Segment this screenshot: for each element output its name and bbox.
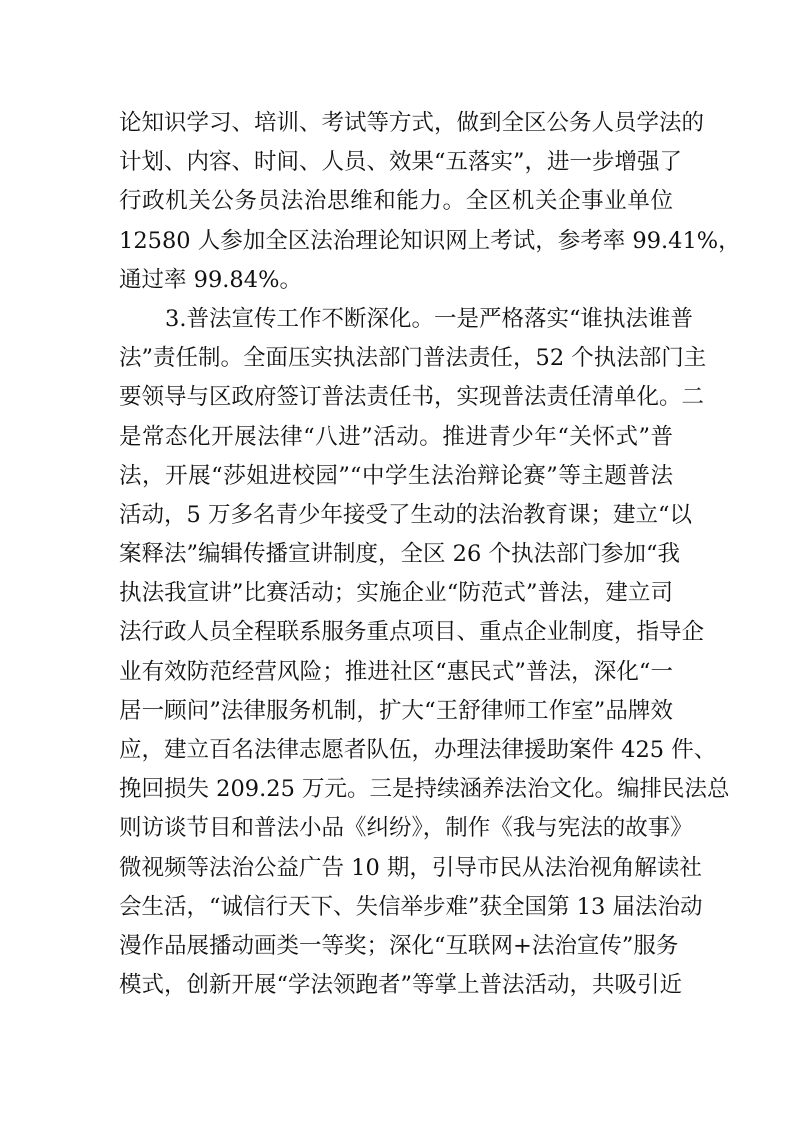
document-page: 论知识学习、培训、考试等方式，做到全区公务人员学法的 计划、内容、时间、人员、效… xyxy=(0,0,793,1122)
text-line: 活动，5 万多名青少年接受了生动的法治教育课；建立“以 xyxy=(119,496,673,535)
text-line: 案释法”编辑传播宣讲制度，全区 26 个执法部门参加“我 xyxy=(119,535,673,574)
text-line: 计划、内容、时间、人员、效果“五落实”，进一步增强了 xyxy=(119,143,673,182)
text-line: 通过率 99.84%。 xyxy=(119,261,673,300)
text-line: 会生活，“诚信行天下、失信举步难”获全国第 13 届法治动 xyxy=(119,888,673,927)
text-line: 行政机关公务员法治思维和能力。全区机关企事业单位 xyxy=(119,182,673,221)
text-line: 挽回损失 209.25 万元。三是持续涵养法治文化。编排民法总 xyxy=(119,770,673,809)
paragraph-section-3: 3.普法宣传工作不断深化。一是严格落实“谁执法谁普 法”责任制。全面压实执法部门… xyxy=(119,300,673,1005)
section-heading-line: 3.普法宣传工作不断深化。一是严格落实“谁执法谁普 xyxy=(119,300,673,339)
body-text: 论知识学习、培训、考试等方式，做到全区公务人员学法的 计划、内容、时间、人员、效… xyxy=(119,104,673,1005)
text-line: 12580 人参加全区法治理论知识网上考试，参考率 99.41%， xyxy=(119,222,673,261)
text-line: 微视频等法治公益广告 10 期，引导市民从法治视角解读社 xyxy=(119,849,673,888)
text-line: 要领导与区政府签订普法责任书，实现普法责任清单化。二 xyxy=(119,378,673,417)
text-line: 业有效防范经营风险；推进社区“惠民式”普法，深化“一 xyxy=(119,653,673,692)
paragraph-continuation: 论知识学习、培训、考试等方式，做到全区公务人员学法的 计划、内容、时间、人员、效… xyxy=(119,104,673,300)
text-line: 是常态化开展法律“八进”活动。推进青少年“关怀式”普 xyxy=(119,418,673,457)
text-line: 则访谈节目和普法小品《纠纷》，制作《我与宪法的故事》 xyxy=(119,809,673,848)
text-line: 执法我宣讲”比赛活动；实施企业“防范式”普法，建立司 xyxy=(119,574,673,613)
text-line: 法”责任制。全面压实执法部门普法责任，52 个执法部门主 xyxy=(119,339,673,378)
text-line: 应，建立百名法律志愿者队伍，办理法律援助案件 425 件、 xyxy=(119,731,673,770)
text-line: 模式，创新开展“学法领跑者”等掌上普法活动，共吸引近 xyxy=(119,966,673,1005)
text-line: 论知识学习、培训、考试等方式，做到全区公务人员学法的 xyxy=(119,104,673,143)
text-line: 居一顾问”法律服务机制，扩大“王舒律师工作室”品牌效 xyxy=(119,692,673,731)
text-line: 法行政人员全程联系服务重点项目、重点企业制度，指导企 xyxy=(119,613,673,652)
text-line: 法，开展“莎姐进校园”“中学生法治辩论赛”等主题普法 xyxy=(119,457,673,496)
text-line: 漫作品展播动画类一等奖；深化“互联网+法治宣传”服务 xyxy=(119,927,673,966)
